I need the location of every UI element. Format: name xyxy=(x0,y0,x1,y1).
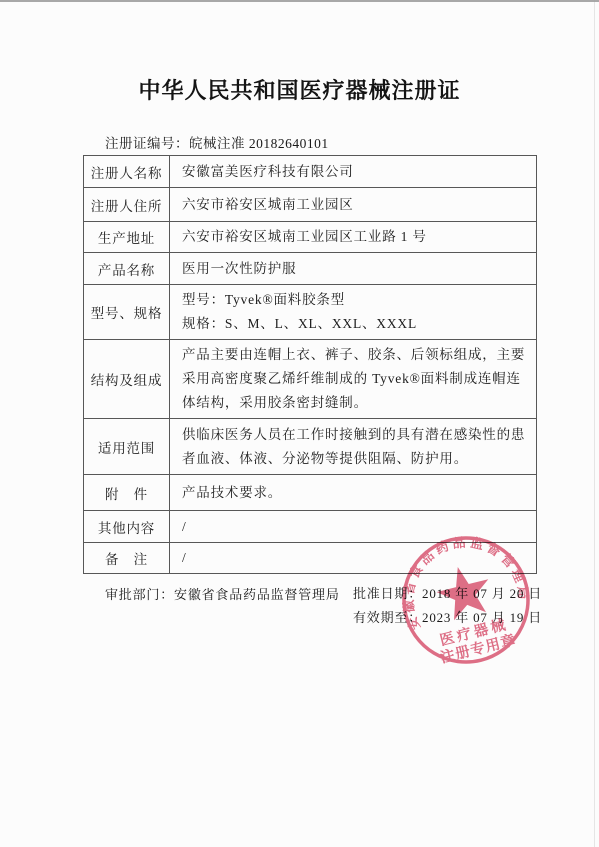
row-value: 六安市裕安区城南工业园区 xyxy=(170,188,537,222)
row-label: 生产地址 xyxy=(84,222,170,253)
row-value: 产品技术要求。 xyxy=(170,475,537,511)
table-row: 型号、规格 型号：Tyvek®面料胶条型 规格：S、M、L、XL、XXL、XXX… xyxy=(84,285,537,340)
table-row: 附 件 产品技术要求。 xyxy=(84,475,537,511)
valid-until-label: 有效期至： xyxy=(353,610,422,625)
row-value: 供临床医务人员在工作时接触到的具有潜在感染性的患者血液、体液、分泌物等提供阻隔、… xyxy=(170,419,537,475)
table-row: 注册人住所 六安市裕安区城南工业园区 xyxy=(84,188,537,222)
row-label: 其他内容 xyxy=(84,511,170,543)
table-row: 产品名称 医用一次性防护服 xyxy=(84,253,537,285)
table-row: 生产地址 六安市裕安区城南工业园区工业路 1 号 xyxy=(84,222,537,253)
row-value: 产品主要由连帽上衣、裤子、胶条、后领标组成，主要采用高密度聚乙烯纤维制成的 Ty… xyxy=(170,340,537,419)
table-row: 备 注 / xyxy=(84,543,537,574)
table-row: 结构及组成 产品主要由连帽上衣、裤子、胶条、后领标组成，主要采用高密度聚乙烯纤维… xyxy=(84,340,537,419)
approval-department: 审批部门：安徽省食品药品监督管理局 xyxy=(105,584,340,603)
valid-until-date: 有效期至：2023 年 07 月 19 日 xyxy=(353,607,542,626)
row-label: 适用范围 xyxy=(84,419,170,475)
scan-edge-right xyxy=(594,0,595,847)
approve-date: 批准日期：2018 年 07 月 20 日 xyxy=(353,583,542,602)
row-label: 附 件 xyxy=(84,475,170,511)
approve-date-value: 2018 年 07 月 20 日 xyxy=(422,586,542,601)
registration-table: 注册人名称 安徽富美医疗科技有限公司 注册人住所 六安市裕安区城南工业园区 生产… xyxy=(83,155,537,574)
page-title: 中华人民共和国医疗器械注册证 xyxy=(0,74,599,105)
row-value: 安徽富美医疗科技有限公司 xyxy=(170,156,537,188)
cert-number-value: 皖械注准 20182640101 xyxy=(189,136,329,151)
valid-until-value: 2023 年 07 月 19 日 xyxy=(422,610,542,625)
row-label: 结构及组成 xyxy=(84,340,170,419)
row-value: 型号：Tyvek®面料胶条型 规格：S、M、L、XL、XXL、XXXL xyxy=(170,285,537,340)
stamp-text-line2: 注册专用章 xyxy=(438,630,518,666)
approval-value: 安徽省食品药品监督管理局 xyxy=(174,587,340,602)
table-row: 注册人名称 安徽富美医疗科技有限公司 xyxy=(84,156,537,188)
row-value: / xyxy=(170,511,537,543)
certificate-page: 中华人民共和国医疗器械注册证 注册证编号：皖械注准 20182640101 注册… xyxy=(0,0,599,847)
approve-date-label: 批准日期： xyxy=(353,586,422,601)
row-value: 六安市裕安区城南工业园区工业路 1 号 xyxy=(170,222,537,253)
table-row: 其他内容 / xyxy=(84,511,537,543)
table-row: 适用范围 供临床医务人员在工作时接触到的具有潜在感染性的患者血液、体液、分泌物等… xyxy=(84,419,537,475)
scan-edge-top xyxy=(0,0,599,2)
spec-line: 规格：S、M、L、XL、XXL、XXXL xyxy=(182,312,526,336)
row-value: 医用一次性防护服 xyxy=(170,253,537,285)
row-label: 产品名称 xyxy=(84,253,170,285)
row-label: 备 注 xyxy=(84,543,170,574)
model-line: 型号：Tyvek®面料胶条型 xyxy=(182,288,526,312)
row-value: / xyxy=(170,543,537,574)
row-label: 注册人住所 xyxy=(84,188,170,222)
cert-number-label: 注册证编号： xyxy=(105,136,189,151)
row-label: 型号、规格 xyxy=(84,285,170,340)
cert-number: 注册证编号：皖械注准 20182640101 xyxy=(105,132,329,152)
row-label: 注册人名称 xyxy=(84,156,170,188)
approval-label: 审批部门： xyxy=(105,587,174,602)
